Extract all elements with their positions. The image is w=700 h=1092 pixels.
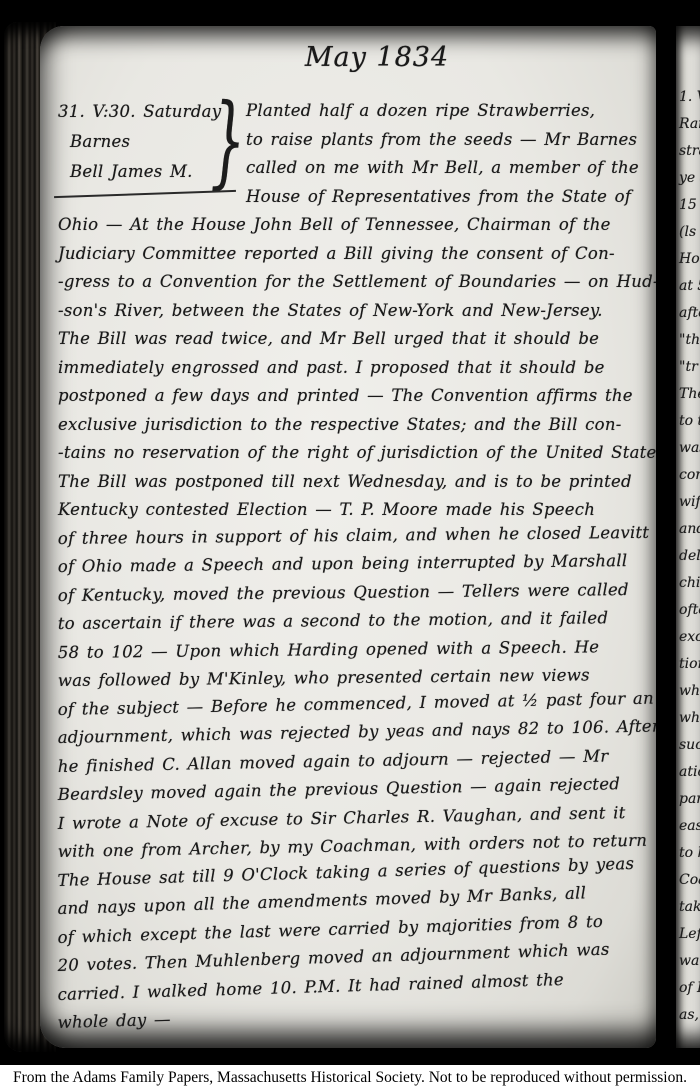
- adjacent-page-line: "tr: [679, 354, 700, 381]
- adjacent-page-line: The: [679, 381, 700, 408]
- adjacent-page-line: take: [679, 894, 700, 921]
- page-content: May 1834 31. V:30. Saturday Barnes Bell …: [40, 26, 656, 1048]
- adjacent-page-line: stra: [679, 138, 700, 165]
- adjacent-page-line: afte: [679, 300, 700, 327]
- adjacent-page-line: and: [679, 516, 700, 543]
- adjacent-page-line: par: [679, 786, 700, 813]
- adjacent-page-line: exce: [679, 624, 700, 651]
- adjacent-page-line: conf: [679, 462, 700, 489]
- credit-text: From the Adams Family Papers, Massachuse…: [13, 1069, 687, 1086]
- adjacent-page-line: 15 Na: [679, 192, 700, 219]
- manuscript-line: exclusive jurisdiction to the respective…: [58, 411, 656, 440]
- manuscript-body: 31. V:30. Saturday Barnes Bell James M. …: [58, 97, 656, 1038]
- adjacent-page-line: was: [679, 435, 700, 462]
- adjacent-page-line: ation: [679, 759, 700, 786]
- adjacent-page-line: to th: [679, 408, 700, 435]
- adjacent-page-line: eas: [679, 813, 700, 840]
- adjacent-page-text: 1. VI Rai stra ye a 15 Na (ls Ho at 5 af…: [676, 26, 700, 1029]
- adjacent-page-line: Ho: [679, 246, 700, 273]
- adjacent-page-line: (ls: [679, 219, 700, 246]
- manuscript-line: -tains no reservation of the right of ju…: [58, 439, 656, 468]
- adjacent-page-line: of R: [679, 975, 700, 1002]
- adjacent-page-line: wife: [679, 489, 700, 516]
- adjacent-page-line: chil: [679, 570, 700, 597]
- adjacent-page-line: ofte: [679, 597, 700, 624]
- credit-footer: From the Adams Family Papers, Massachuse…: [0, 1065, 700, 1092]
- manuscript-page: May 1834 31. V:30. Saturday Barnes Bell …: [40, 26, 656, 1048]
- manuscript-line: -gress to a Convention for the Settlemen…: [58, 268, 656, 297]
- adjacent-page-line: ye a: [679, 165, 700, 192]
- adjacent-page-line: as,: [679, 1002, 700, 1029]
- adjacent-page-line: Lef: [679, 921, 700, 948]
- adjacent-page-line: at 5: [679, 273, 700, 300]
- adjacent-page-line: Coa: [679, 867, 700, 894]
- margin-note: 31. V:30. Saturday Barnes Bell James M. …: [58, 97, 246, 197]
- adjacent-page-line: wh: [679, 678, 700, 705]
- manuscript-line: The Bill was read twice, and Mr Bell urg…: [58, 325, 656, 354]
- manuscript-line: immediately engrossed and past. I propos…: [58, 354, 656, 383]
- manuscript-line: Ohio — At the House John Bell of Tenness…: [58, 211, 656, 240]
- manuscript-line: postponed a few days and printed — The C…: [58, 382, 656, 411]
- adjacent-page-line: delic: [679, 543, 700, 570]
- manuscript-line: The Bill was postponed till next Wednesd…: [58, 468, 656, 497]
- adjacent-page-line: "th: [679, 327, 700, 354]
- page-header-date: May 1834: [58, 42, 656, 97]
- margin-underline: [54, 190, 236, 198]
- adjacent-page: 1. VI Rai stra ye a 15 Na (ls Ho at 5 af…: [676, 26, 700, 1048]
- manuscript-line: -son's River, between the States of New-…: [58, 297, 656, 326]
- margin-brace: }: [210, 91, 245, 191]
- adjacent-page-line: succ: [679, 732, 700, 759]
- adjacent-page-line: tion: [679, 651, 700, 678]
- adjacent-page-line: wa: [679, 948, 700, 975]
- adjacent-page-line: 1. VI: [679, 84, 700, 111]
- adjacent-page-line: to ha: [679, 840, 700, 867]
- adjacent-page-line: Rai: [679, 111, 700, 138]
- adjacent-page-line: whi: [679, 705, 700, 732]
- manuscript-line: Judiciary Committee reported a Bill givi…: [58, 240, 656, 269]
